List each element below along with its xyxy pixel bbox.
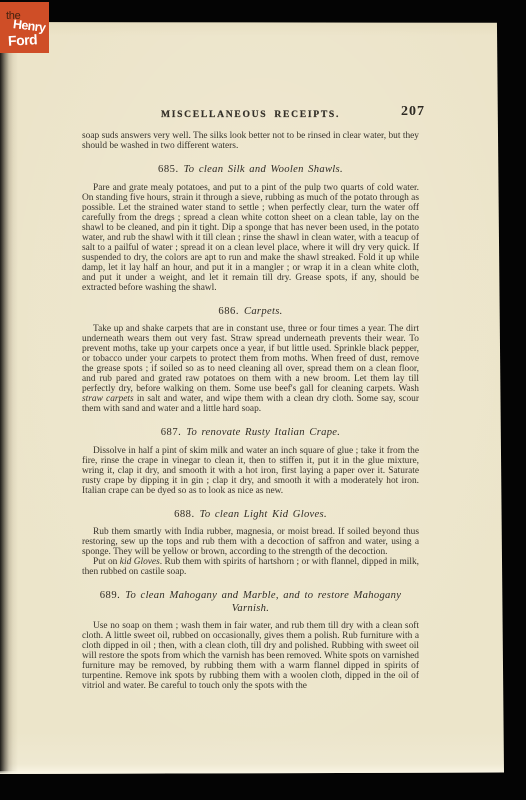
section-number: 687. [161,427,182,438]
section-paragraph: Put on kid Gloves. Rub them with spirits… [82,557,419,577]
receipt-section-689: 689.To clean Mahogany and Marble, and to… [82,590,419,691]
section-heading: 686.Carpets. [82,306,419,319]
page-header: MISCELLANEOUS RECEIPTS. 207 [82,110,419,124]
receipt-section-688: 688.To clean Light Kid Gloves. Rub them … [82,509,419,578]
section-title: To renovate Rusty Italian Crape. [186,427,340,438]
section-paragraph: Use no soap on them ; wash them in fair … [82,621,419,691]
book-page: MISCELLANEOUS RECEIPTS. 207 soap suds an… [0,22,504,774]
section-heading: 685.To clean Silk and Woolen Shawls. [82,164,419,177]
section-paragraph: Pare and grate mealy potatoes, and put t… [82,183,419,293]
section-number: 685. [158,164,179,175]
section-paragraph: Take up and shake carpets that are in co… [82,324,419,414]
section-heading: 688.To clean Light Kid Gloves. [82,509,419,522]
running-header: MISCELLANEOUS RECEIPTS. [161,109,340,120]
section-number: 688. [174,509,195,520]
receipt-section-686: 686.Carpets. Take up and shake carpets t… [82,306,419,415]
receipt-section-685: 685.To clean Silk and Woolen Shawls. Par… [82,164,419,293]
section-heading: 687.To renovate Rusty Italian Crape. [82,427,419,440]
henry-ford-logo: the Henry Ford [0,2,49,53]
section-title: To clean Mahogany and Marble, and to res… [125,590,401,614]
receipt-section-687: 687.To renovate Rusty Italian Crape. Dis… [82,427,419,496]
page-text-column: MISCELLANEOUS RECEIPTS. 207 soap suds an… [82,110,419,691]
section-heading: 689.To clean Mahogany and Marble, and to… [86,590,416,615]
continuation-paragraph: soap suds answers very well. The silks l… [82,131,419,151]
section-paragraph: Dissolve in half a pint of skim milk and… [82,446,419,496]
section-title: Carpets. [244,306,283,317]
section-number: 689. [100,590,121,601]
logo-word-ford: Ford [8,31,38,49]
section-number: 686. [218,306,239,317]
section-title: To clean Light Kid Gloves. [200,509,327,520]
page-number: 207 [401,107,425,117]
section-title: To clean Silk and Woolen Shawls. [184,164,343,175]
scanned-book-photo: MISCELLANEOUS RECEIPTS. 207 soap suds an… [0,0,526,800]
section-paragraph: Rub them smartly with India rubber, magn… [82,527,419,557]
